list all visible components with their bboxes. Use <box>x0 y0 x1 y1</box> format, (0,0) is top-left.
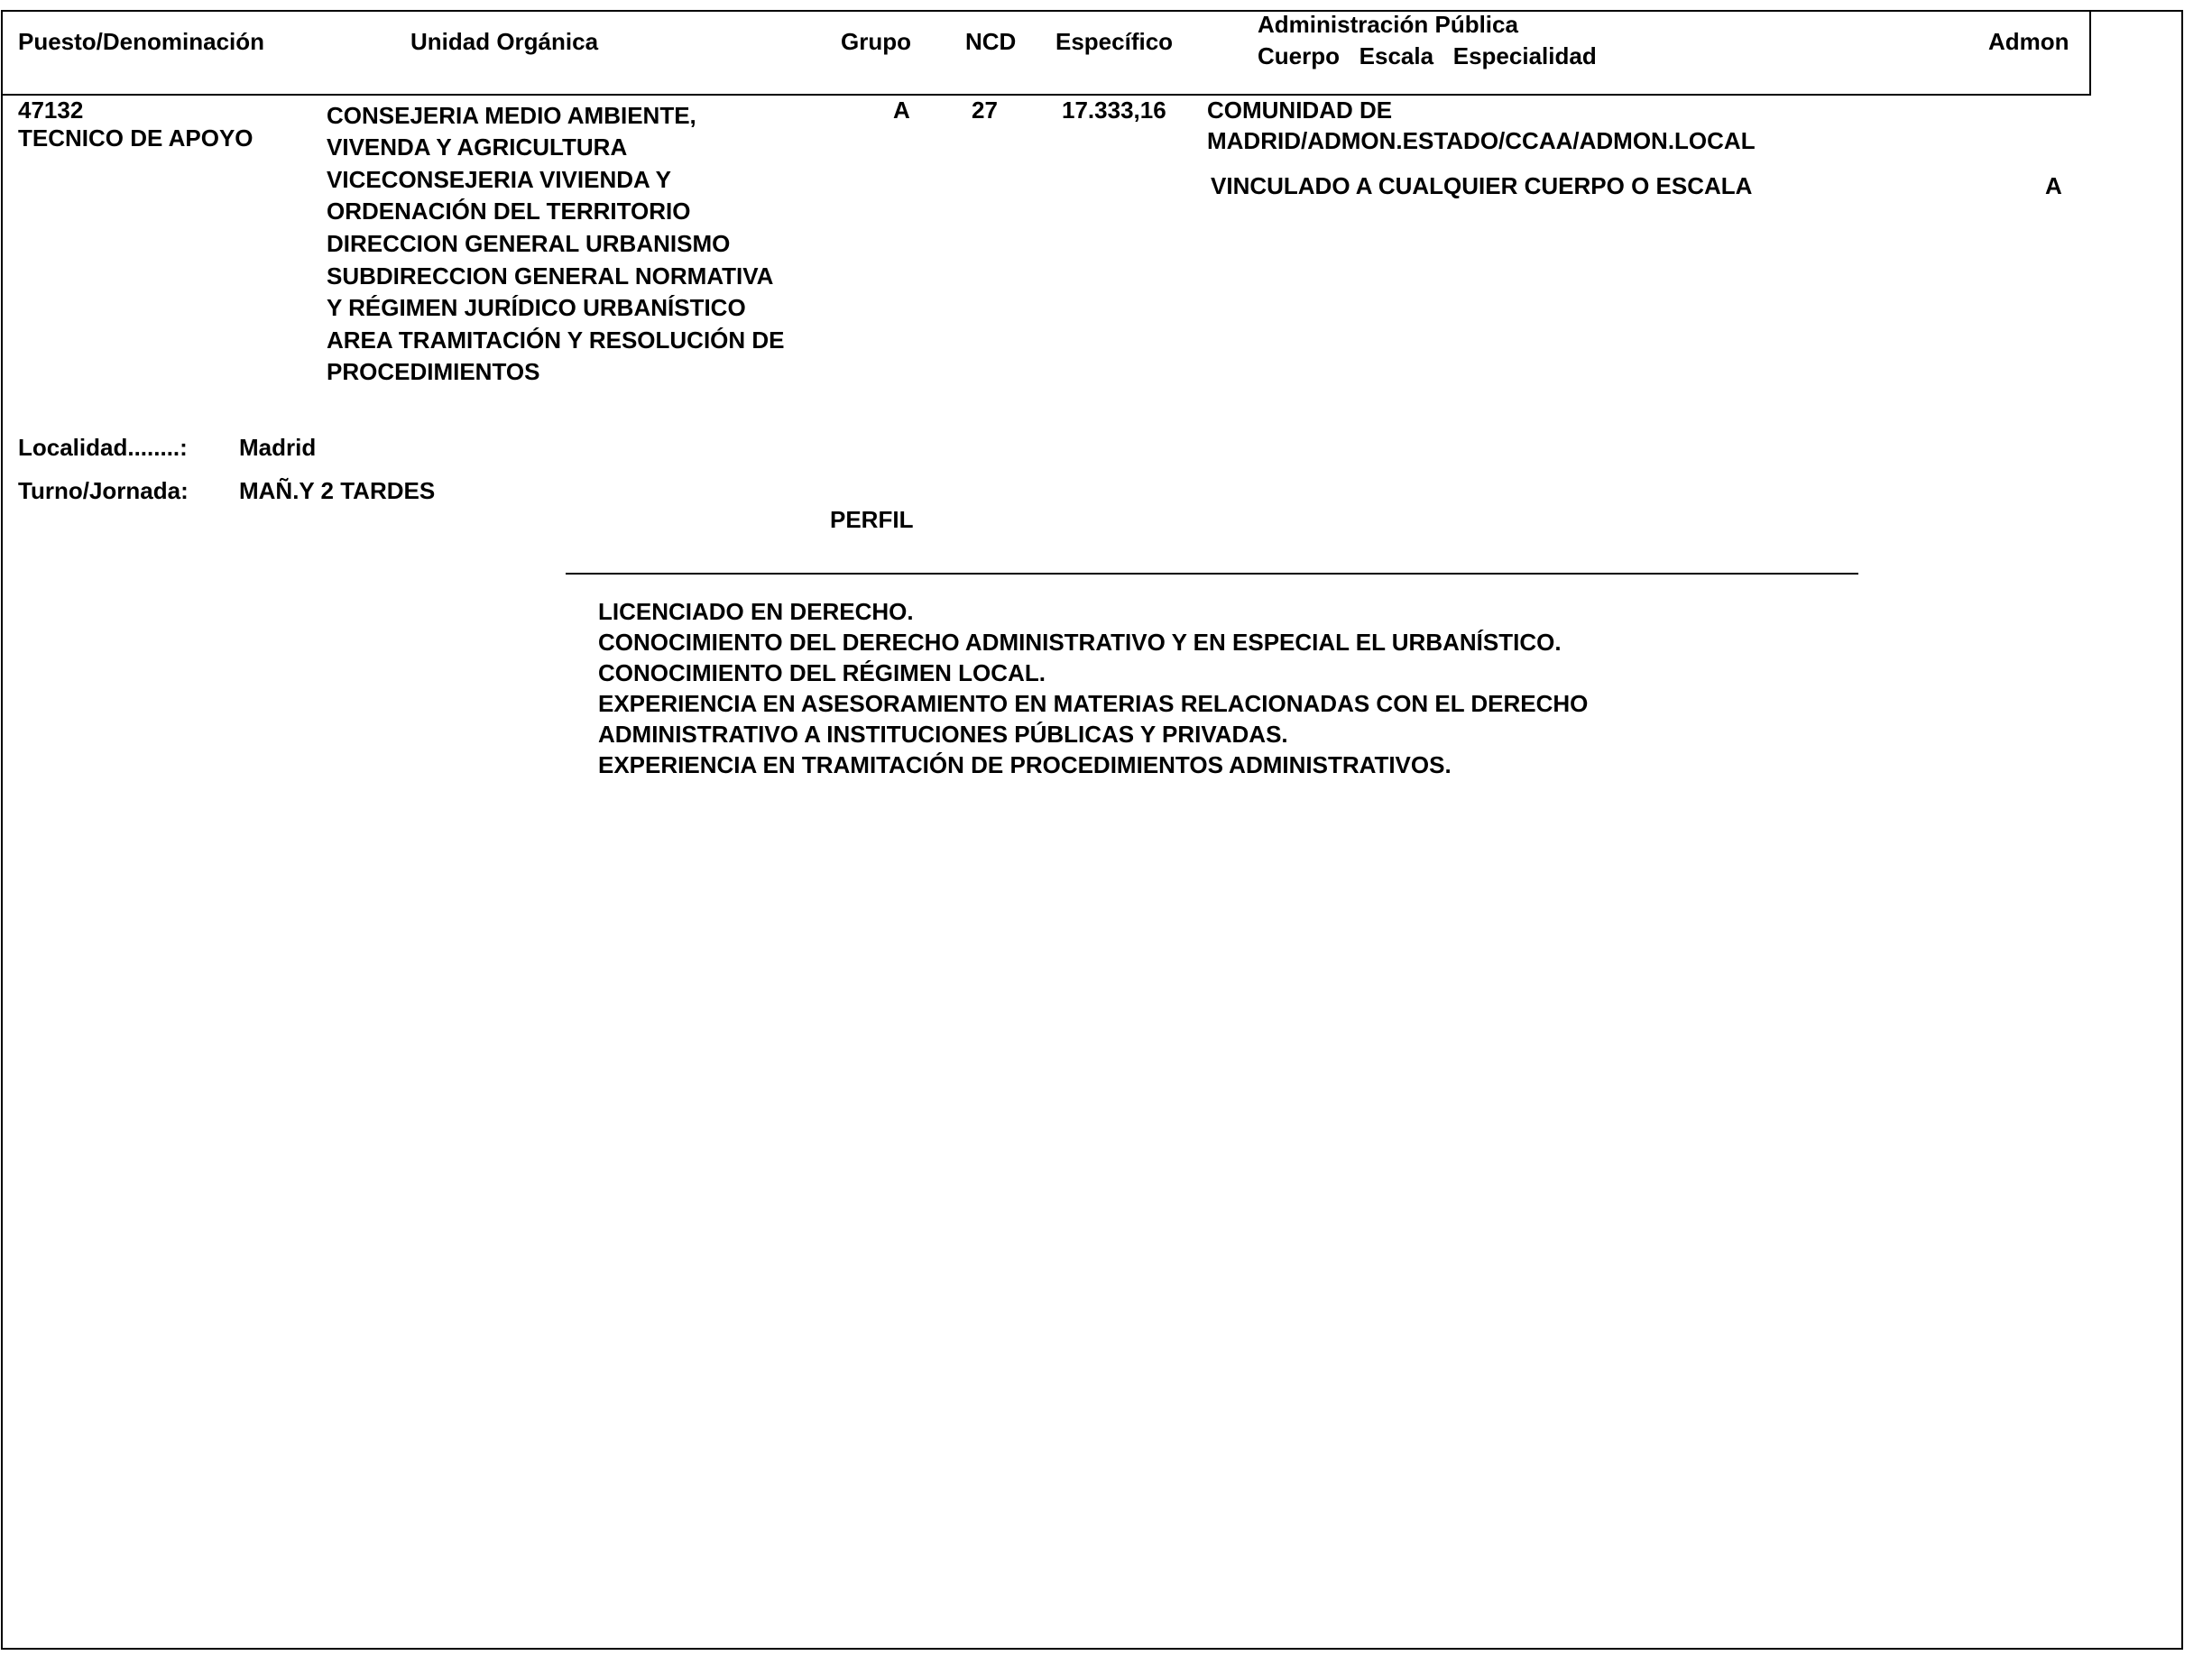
especifico-value: 17.333,16 <box>1062 97 1166 124</box>
unidad-organica-item: CONSEJERIA MEDIO AMBIENTE,VIVENDA Y AGRI… <box>327 100 785 163</box>
header-admon: Admon <box>1988 28 2069 55</box>
perfil-line: LICENCIADO EN DERECHO. <box>598 596 1588 627</box>
perfil-requirements: LICENCIADO EN DERECHO.CONOCIMIENTO DEL D… <box>598 596 1588 780</box>
header-grupo: Grupo <box>841 28 911 55</box>
header-ncd: NCD <box>965 28 1016 55</box>
unidad-organica-line: SUBDIRECCION GENERAL NORMATIVA <box>327 261 785 292</box>
perfil-line: EXPERIENCIA EN TRAMITACIÓN DE PROCEDIMIE… <box>598 750 1588 780</box>
turno-label: Turno/Jornada: <box>18 477 189 504</box>
perfil-line: CONOCIMIENTO DEL DERECHO ADMINISTRATIVO … <box>598 627 1588 658</box>
perfil-line: EXPERIENCIA EN ASESORAMIENTO EN MATERIAS… <box>598 688 1588 719</box>
perfil-line: CONOCIMIENTO DEL RÉGIMEN LOCAL. <box>598 658 1588 688</box>
unidad-organica-list: CONSEJERIA MEDIO AMBIENTE,VIVENDA Y AGRI… <box>327 100 785 388</box>
unidad-organica-line: CONSEJERIA MEDIO AMBIENTE, <box>327 100 785 132</box>
header-especifico: Específico <box>1055 28 1173 55</box>
administracion-line1: COMUNIDAD DE <box>1207 97 1392 124</box>
unidad-organica-line: ORDENACIÓN DEL TERRITORIO <box>327 196 785 227</box>
header-cuerpo-escala: Cuerpo Escala Especialidad <box>1258 42 1597 69</box>
header-administracion: Administración Pública <box>1258 11 1518 38</box>
unidad-organica-item: SUBDIRECCION GENERAL NORMATIVAY RÉGIMEN … <box>327 261 785 324</box>
unidad-organica-line: Y RÉGIMEN JURÍDICO URBANÍSTICO <box>327 292 785 324</box>
header-unidad: Unidad Orgánica <box>410 28 598 55</box>
unidad-organica-line: DIRECCION GENERAL URBANISMO <box>327 228 785 260</box>
perfil-title: PERFIL <box>830 506 913 533</box>
puesto-denominacion: TECNICO DE APOYO <box>18 124 253 152</box>
perfil-divider <box>566 573 1858 575</box>
grupo-value: A <box>893 97 910 124</box>
localidad-value: Madrid <box>239 434 316 461</box>
unidad-organica-item: VICECONSEJERIA VIVIENDA YORDENACIÓN DEL … <box>327 164 785 227</box>
ncd-value: 27 <box>972 97 998 124</box>
table-header <box>1 10 2091 96</box>
header-puesto: Puesto/Denominación <box>18 28 264 55</box>
admon-value: A <box>2045 172 2062 199</box>
unidad-organica-line: PROCEDIMIENTOS <box>327 356 785 388</box>
unidad-organica-line: VICECONSEJERIA VIVIENDA Y <box>327 164 785 196</box>
administracion-line2: MADRID/ADMON.ESTADO/CCAA/ADMON.LOCAL <box>1207 127 1756 154</box>
unidad-organica-item: DIRECCION GENERAL URBANISMO <box>327 228 785 260</box>
unidad-organica-line: AREA TRAMITACIÓN Y RESOLUCIÓN DE <box>327 325 785 356</box>
localidad-label: Localidad........: <box>18 434 188 461</box>
puesto-codigo: 47132 <box>18 97 83 124</box>
unidad-organica-item: AREA TRAMITACIÓN Y RESOLUCIÓN DEPROCEDIM… <box>327 325 785 388</box>
perfil-line: ADMINISTRATIVO A INSTITUCIONES PÚBLICAS … <box>598 719 1588 750</box>
turno-value: MAÑ.Y 2 TARDES <box>239 477 435 504</box>
unidad-organica-line: VIVENDA Y AGRICULTURA <box>327 132 785 163</box>
cuerpo-value: VINCULADO A CUALQUIER CUERPO O ESCALA <box>1211 172 1752 199</box>
